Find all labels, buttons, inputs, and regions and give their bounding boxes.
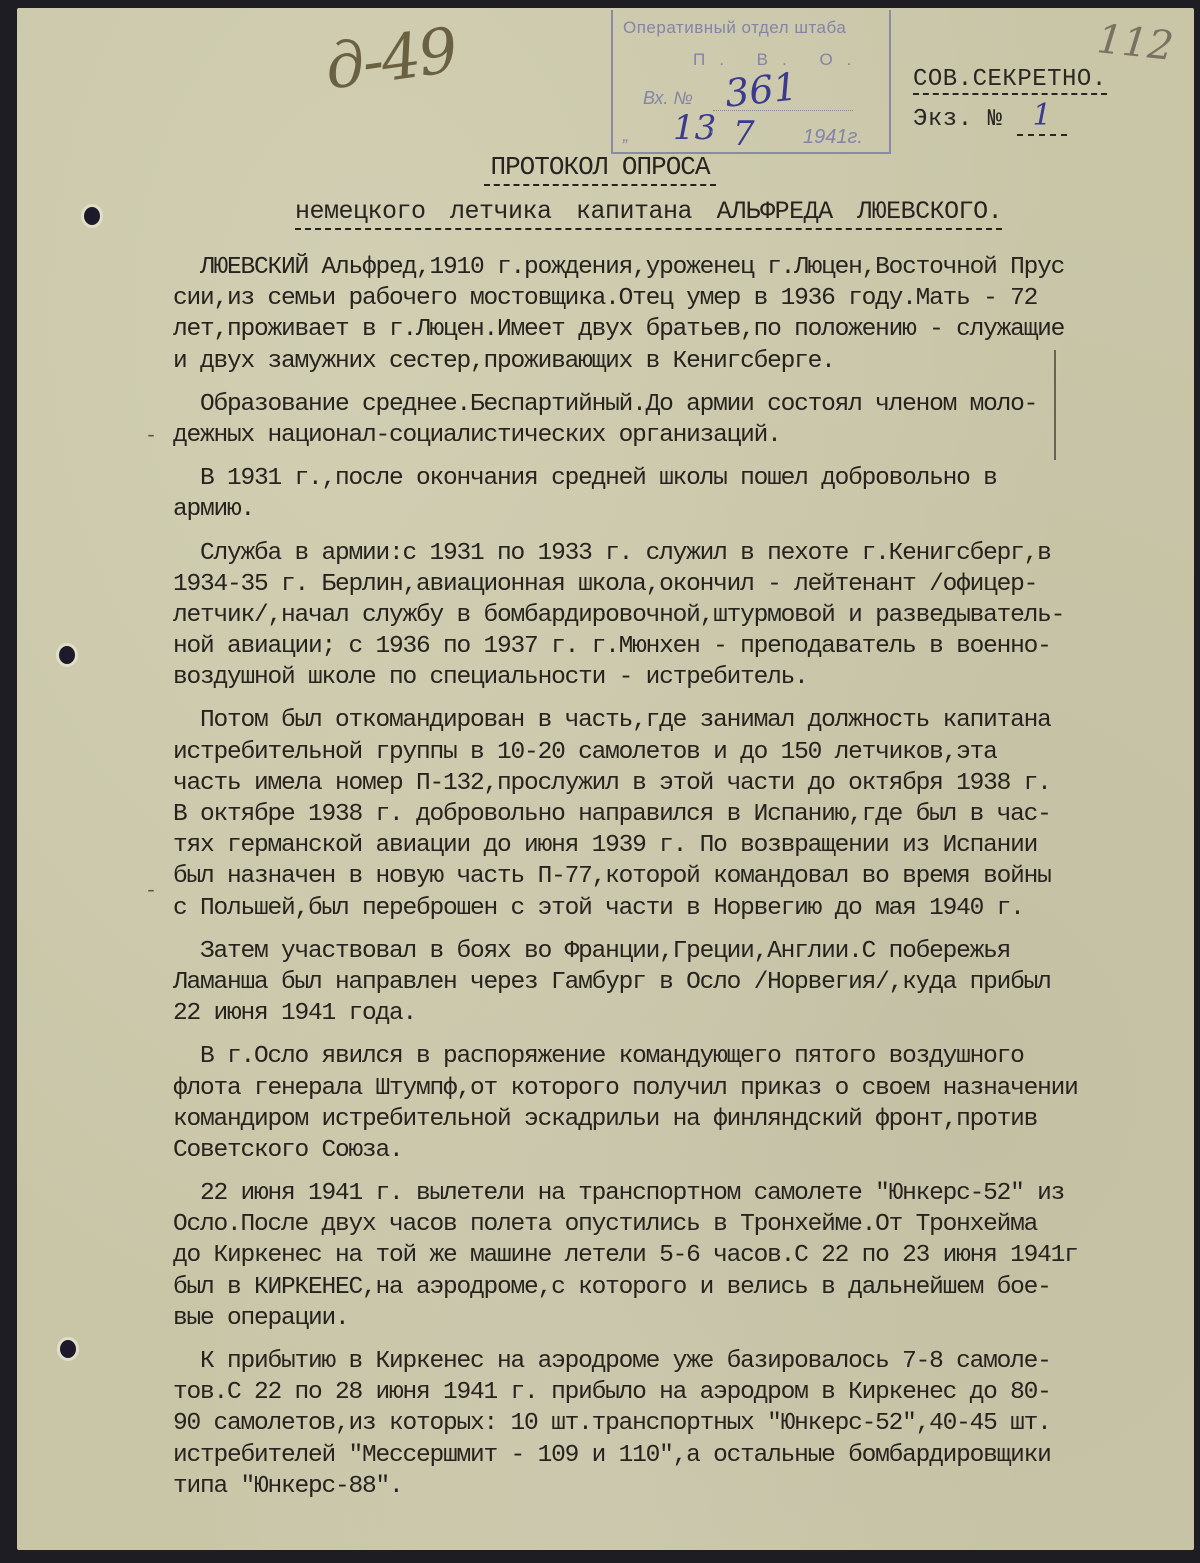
text-line: армию. xyxy=(173,494,1200,525)
paragraph: Потом был откомандирован в часть,где зан… xyxy=(173,705,1200,923)
text-line: сии,из семьи рабочего мостовщика.Отец ум… xyxy=(173,283,1200,314)
stamp-date-year: 1941г. xyxy=(803,126,863,149)
text-line: Потом был откомандирован в часть,где зан… xyxy=(173,705,1200,736)
text-line: был назначен в новую часть П-77,которой … xyxy=(173,861,1200,892)
text-line: Ламанша был направлен через Гамбург в Ос… xyxy=(173,967,1200,998)
text-line: Образование среднее.Беспартийный.До арми… xyxy=(173,389,1200,420)
paragraph: 22 июня 1941 г. вылетели на транспортном… xyxy=(173,1178,1200,1334)
text-line: 1934-35 г. Берлин,авиационная школа,окон… xyxy=(173,569,1200,600)
text-line: К прибытию в Киркенес на аэродроме уже б… xyxy=(173,1346,1200,1377)
copy-label: Экз. № xyxy=(913,106,1002,133)
text-line: тов.С 22 по 28 июня 1941 г. прибыло на а… xyxy=(173,1377,1200,1408)
document-title: ПРОТОКОЛ ОПРОСА xyxy=(0,152,1200,182)
margin-tick-mark: ‐ xyxy=(145,880,157,903)
stamp-incoming-label: Вх. № xyxy=(643,88,693,109)
paragraph: В г.Осло явился в распоряжение командующ… xyxy=(173,1041,1200,1166)
copy-number: 1 xyxy=(1017,98,1067,136)
text-line: истребительной группы в 10-20 самолетов … xyxy=(173,737,1200,768)
text-line: флота генерала Штумпф,от которого получи… xyxy=(173,1073,1200,1104)
registration-stamp: Оперативный отдел штаба П. В. О. Вх. № 3… xyxy=(611,10,891,154)
punch-hole xyxy=(60,1340,76,1358)
paragraph: ЛЮЕВСКИЙ Альфред,1910 г.рождения,урожене… xyxy=(173,252,1200,377)
text-line: 22 июня 1941 г. вылетели на транспортном… xyxy=(173,1178,1200,1209)
text-line: Осло.После двух часов полета опустились … xyxy=(173,1209,1200,1240)
text-line: воздушной школе по специальности - истре… xyxy=(173,662,1200,693)
text-line: ЛЮЕВСКИЙ Альфред,1910 г.рождения,урожене… xyxy=(173,252,1200,283)
punch-hole xyxy=(84,207,100,225)
text-line: и двух замужних сестер,проживающих в Кен… xyxy=(173,346,1200,377)
stamp-department: Оперативный отдел штаба xyxy=(623,18,846,38)
text-line: В 1931 г.,после окончания средней школы … xyxy=(173,463,1200,494)
text-line: типа "Юнкерс-88". xyxy=(173,1471,1200,1502)
text-line: с Польшей,был переброшен с этой части в … xyxy=(173,893,1200,924)
text-line: до Киркенес на той же машине летели 5-6 … xyxy=(173,1240,1200,1271)
text-line: часть имела номер П-132,прослужил в этой… xyxy=(173,768,1200,799)
text-line: Советского Союза. xyxy=(173,1135,1200,1166)
text-line: лет,проживает в г.Люцен.Имеет двух брать… xyxy=(173,314,1200,345)
margin-tick-mark: ‐ xyxy=(145,425,157,448)
text-line: летчик/,начал службу в бомбардировочной,… xyxy=(173,600,1200,631)
text-line: дежных национал-социалистических организ… xyxy=(173,420,1200,451)
stamp-date-month: 7 xyxy=(733,114,755,154)
title-text: ПРОТОКОЛ ОПРОСА xyxy=(484,152,715,186)
text-line: был в КИРКЕНЕС,на аэродроме,с которого и… xyxy=(173,1272,1200,1303)
text-line: В октябре 1938 г. добровольно направился… xyxy=(173,799,1200,830)
text-line: Служба в армии:с 1931 по 1933 г. служил … xyxy=(173,538,1200,569)
text-line: истребителей "Мессершмит - 109 и 110",а … xyxy=(173,1440,1200,1471)
text-line: Затем участвовал в боях во Франции,Греци… xyxy=(173,936,1200,967)
text-line: 90 самолетов,из которых: 10 шт.транспорт… xyxy=(173,1408,1200,1439)
paragraph: Затем участвовал в боях во Франции,Греци… xyxy=(173,936,1200,1030)
paragraph: В 1931 г.,после окончания средней школы … xyxy=(173,463,1200,525)
text-line: В г.Осло явился в распоряжение командующ… xyxy=(173,1041,1200,1072)
paragraph: Служба в армии:с 1931 по 1933 г. служил … xyxy=(173,538,1200,694)
stamp-incoming-number: 361 xyxy=(723,64,800,115)
text-line: командиром истребительной эскадрильи на … xyxy=(173,1104,1200,1135)
subtitle-text: немецкого летчика капитана АЛЬФРЕДА ЛЮЕВ… xyxy=(295,197,1002,230)
text-line: тях германской авиации до июня 1939 г. П… xyxy=(173,830,1200,861)
paragraph: Образование среднее.Беспартийный.До арми… xyxy=(173,389,1200,451)
text-line: 22 июня 1941 года. xyxy=(173,998,1200,1029)
classification-block: СОВ.СЕКРЕТНО. Экз. № 1 xyxy=(913,62,1107,138)
punch-hole xyxy=(59,646,75,664)
paragraph: К прибытию в Киркенес на аэродроме уже б… xyxy=(173,1346,1200,1502)
text-line: ной авиации; с 1936 по 1937 г. г.Мюнхен … xyxy=(173,631,1200,662)
document-subtitle: немецкого летчика капитана АЛЬФРЕДА ЛЮЕВ… xyxy=(295,197,1002,226)
handwritten-page-number: 112 xyxy=(1095,16,1176,70)
document-body: ЛЮЕВСКИЙ Альфред,1910 г.рождения,урожене… xyxy=(173,252,1200,1514)
classification-label: СОВ.СЕКРЕТНО. xyxy=(913,66,1107,95)
text-line: вые операции. xyxy=(173,1303,1200,1334)
